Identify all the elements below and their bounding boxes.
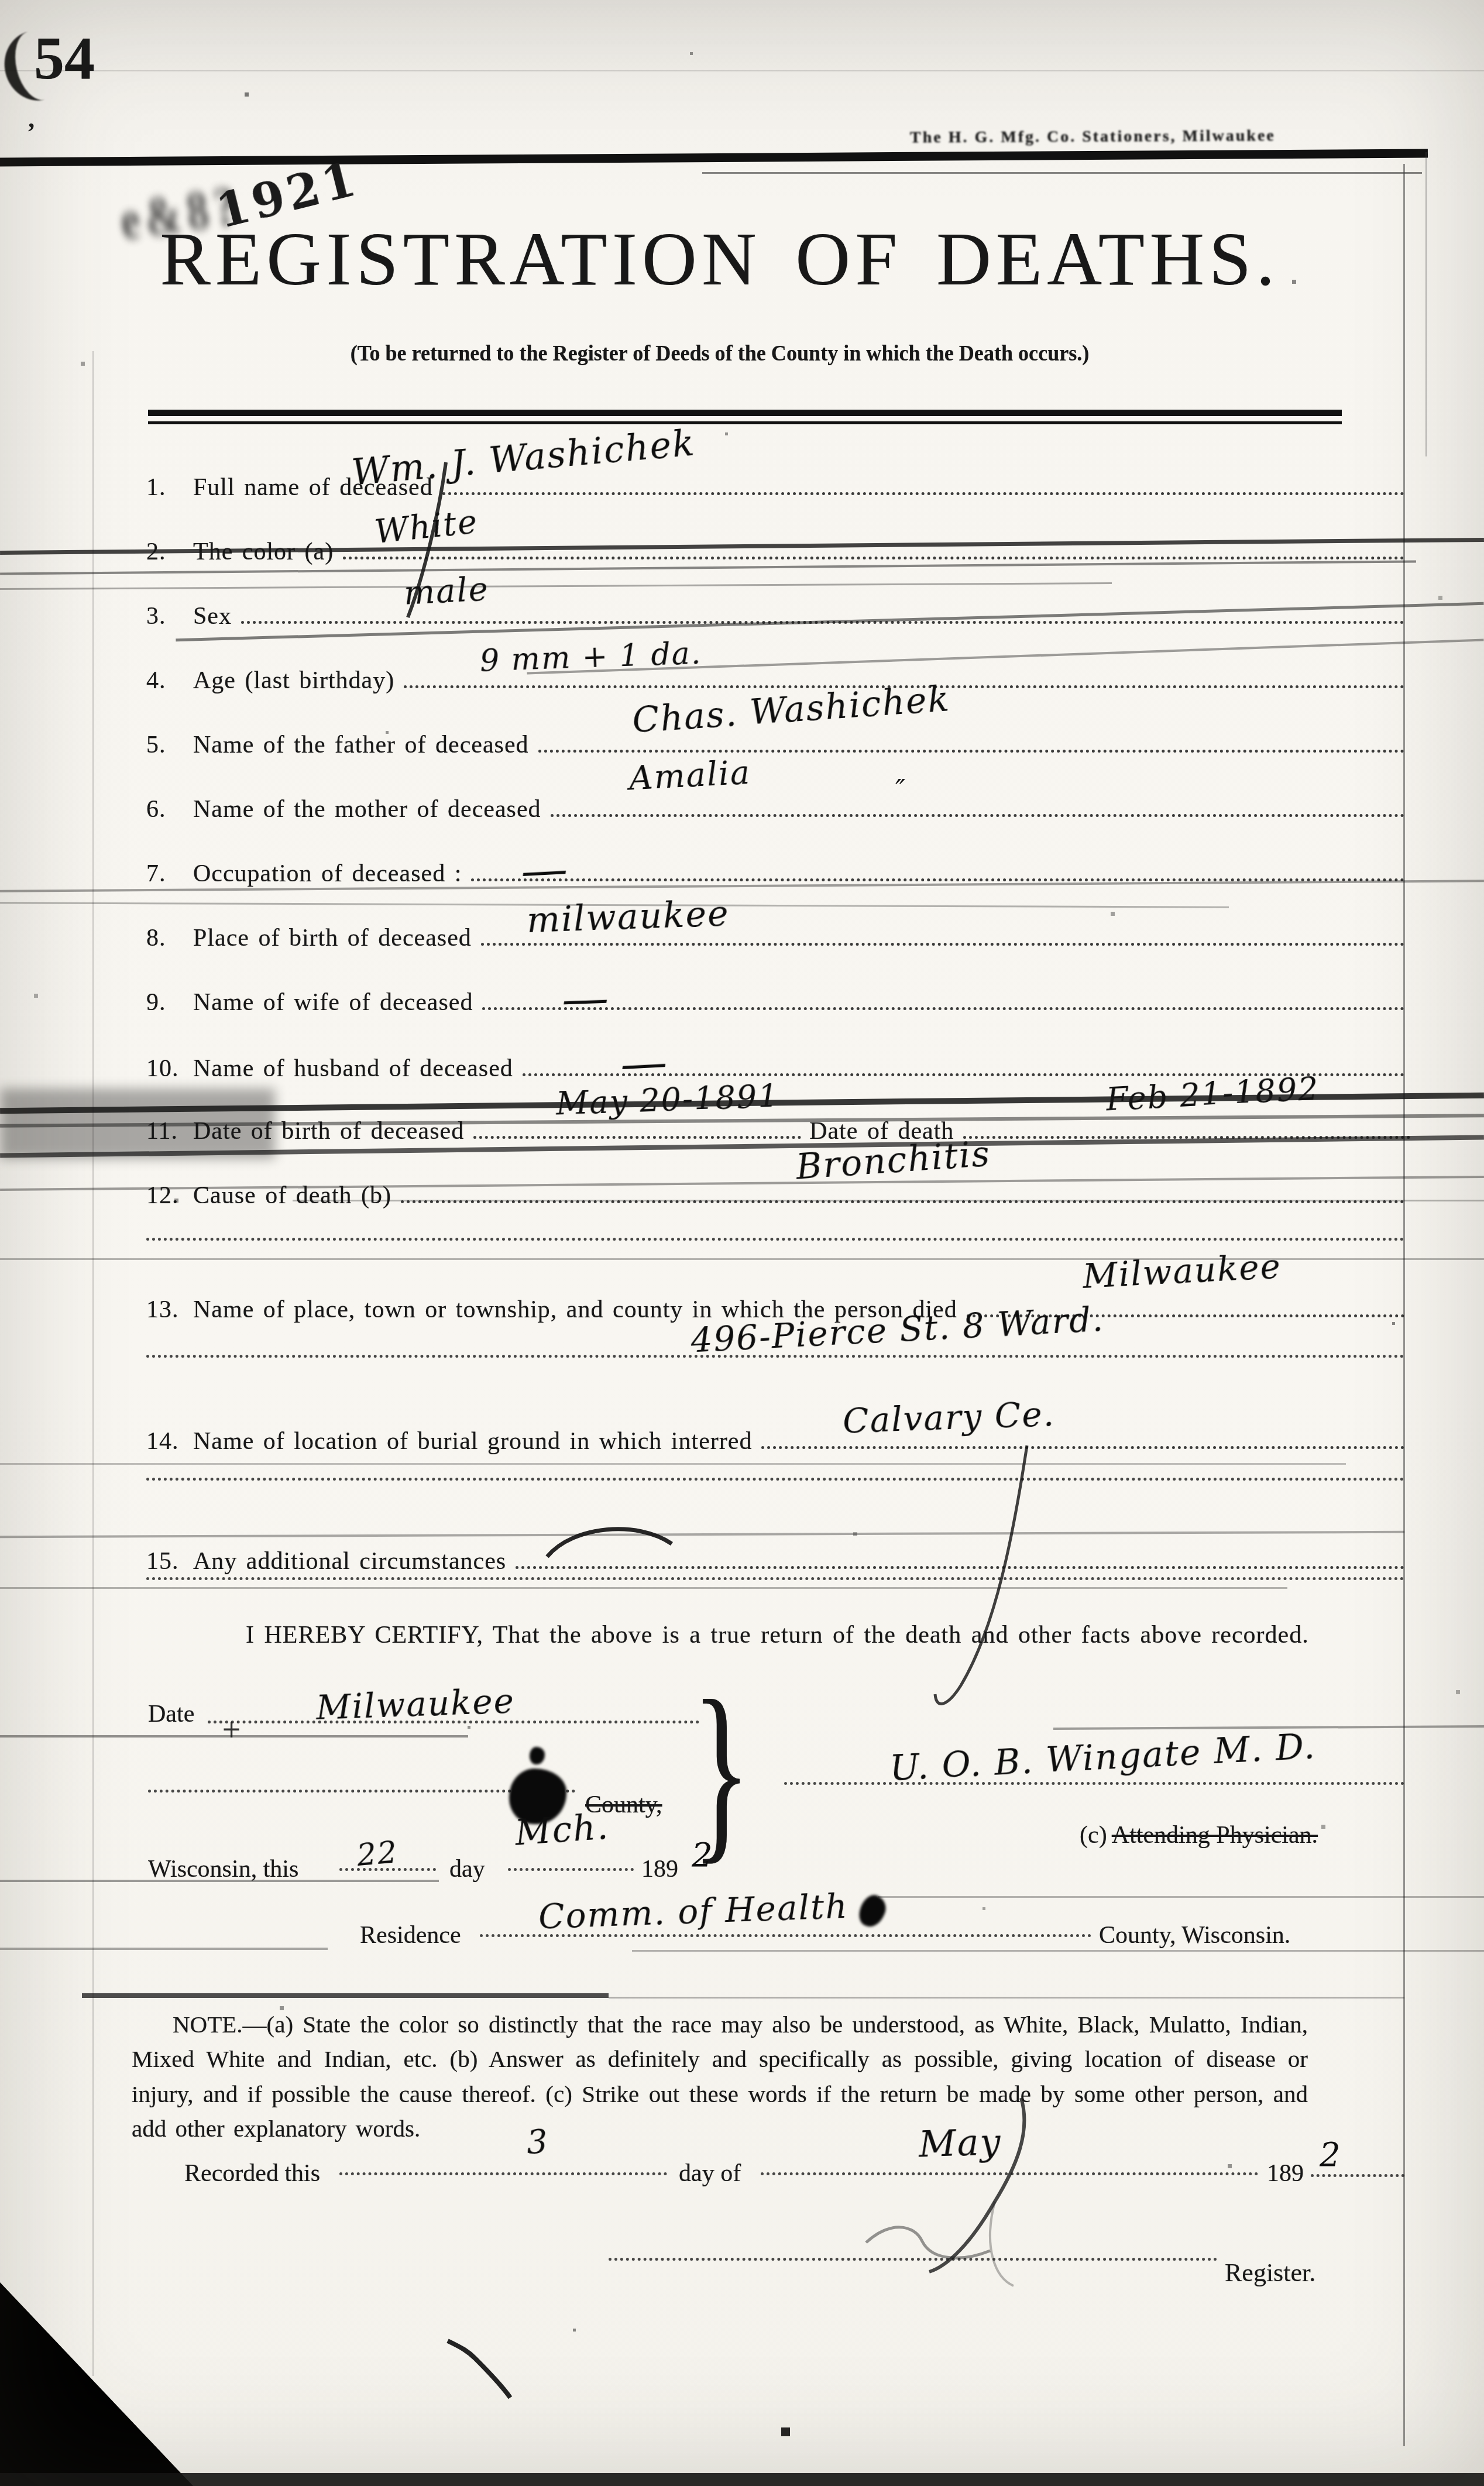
- death-registration-document: 54 ’ The H. G. Mfg. Co. Stationers, Milw…: [0, 0, 1484, 2486]
- dotted-line: [516, 1541, 1404, 1569]
- form-row: 8.Place of birth of deceased: [146, 918, 1404, 952]
- field-number: 7.: [146, 860, 193, 888]
- date-label: Date: [148, 1700, 194, 1728]
- handwritten-day: 22: [356, 1835, 400, 1873]
- vertical-rule-right-2: [1425, 152, 1427, 456]
- scan-streak: [293, 1200, 1484, 1201]
- form-row: 6.Name of the mother of deceased: [146, 789, 1404, 823]
- top-rule-shadow: [702, 172, 1422, 174]
- signature-stroke: [866, 2227, 990, 2258]
- form-row: 3.Sex: [146, 596, 1404, 630]
- dotted-line: [482, 983, 1404, 1010]
- recorded-prefix: Recorded this: [184, 2159, 320, 2188]
- field-number: 10.: [146, 1055, 193, 1083]
- state-line-prefix: Wisconsin, this: [148, 1855, 298, 1883]
- field-number: 13.: [146, 1296, 193, 1324]
- field-number: 6.: [146, 795, 193, 823]
- handwritten-day: 3: [525, 2123, 549, 2162]
- scan-streak: [878, 1896, 1484, 1898]
- certify-statement: I HEREBY CERTIFY, That the above is a tr…: [246, 1621, 1309, 1649]
- handwritten-dash: —: [561, 971, 610, 1027]
- field-number: 9.: [146, 988, 193, 1017]
- field-number: 3.: [146, 602, 193, 630]
- document-title: REGISTRATION OF DEATHS.: [0, 215, 1440, 303]
- field-label: Any additional circumstances: [193, 1547, 516, 1575]
- signature-stroke: [990, 2202, 1014, 2286]
- residence-suffix: County, Wisconsin.: [1099, 1921, 1290, 1949]
- handwritten-value: Calvary Ce.: [842, 1394, 1056, 1441]
- day-label: day: [449, 1855, 485, 1883]
- field-label: Name of location of burial ground in whi…: [193, 1427, 761, 1455]
- dotted-line: [508, 1868, 634, 1871]
- field-number: 4.: [146, 667, 193, 695]
- dotted-line: [761, 2172, 1258, 2175]
- field-label: Name of husband of deceased: [193, 1055, 523, 1083]
- bottom-edge: [0, 2473, 1484, 2486]
- scan-blotch: [0, 1089, 275, 1159]
- dotted-line: [471, 854, 1404, 881]
- double-rule-bottom: [148, 421, 1342, 424]
- year-prefix: 189: [1267, 2159, 1304, 2188]
- dotted-line: [146, 1478, 1404, 1481]
- handwritten-residence: Comm. of Health: [538, 1886, 849, 1936]
- ditto-mark: ″: [895, 774, 906, 805]
- physician-note-prefix: (c): [1080, 1822, 1112, 1849]
- field-label: Place of birth of deceased: [193, 924, 481, 952]
- field-number: 12.: [146, 1182, 193, 1210]
- dotted-line: [1311, 2174, 1404, 2177]
- scan-streak: [0, 582, 1112, 590]
- field-number: 5.: [146, 731, 193, 759]
- physician-signature: U. O. B. Wingate M. D.: [889, 1726, 1317, 1789]
- handwritten-dash: —: [520, 842, 571, 898]
- recorded-middle: day of: [679, 2159, 741, 2188]
- field-number: 15.: [146, 1547, 193, 1575]
- register-label: Register.: [1225, 2258, 1315, 2288]
- dotted-line: [146, 1238, 1404, 1241]
- physician-note-struck: Attending Physician.: [1112, 1822, 1318, 1849]
- field-label: Age (last birthday): [193, 667, 404, 695]
- handwritten-year: 2: [1320, 2136, 1342, 2174]
- field-number: 8.: [146, 924, 193, 952]
- scan-streak: [0, 1880, 439, 1882]
- vertical-rule-left: [92, 351, 94, 2376]
- scan-streak: [0, 70, 1484, 71]
- scan-streak: [0, 1948, 328, 1950]
- scan-streak: [0, 1587, 1287, 1589]
- field-label: Name of the father of deceased: [193, 731, 538, 759]
- note-paragraph: NOTE.—(a) State the color so distinctly …: [132, 2007, 1308, 2147]
- double-rule-top: [148, 410, 1342, 416]
- field-label: Name of the mother of deceased: [193, 795, 551, 823]
- form-row: 9.Name of wife of deceased: [146, 983, 1404, 1017]
- scan-specks: [0, 0, 2, 2]
- field-number: 1.: [146, 473, 193, 502]
- field-label: Sex: [193, 602, 241, 630]
- dotted-line: [784, 1782, 1404, 1785]
- scan-streak: [632, 1950, 1484, 1952]
- handwritten-month: Mch.: [514, 1806, 610, 1853]
- dotted-line: [339, 2172, 667, 2175]
- handwritten-month: May: [918, 2120, 1002, 2166]
- form-row: 15.Any additional circumstances: [146, 1541, 1404, 1575]
- form-row: 12.Cause of death (b): [146, 1176, 1404, 1210]
- document-subtitle: (To be returned to the Register of Deeds…: [36, 341, 1404, 366]
- handwritten-value: milwaukee: [526, 893, 730, 941]
- year-prefix: 189: [641, 1855, 678, 1883]
- scan-streak: [0, 1735, 468, 1738]
- field-label: Name of wife of deceased: [193, 988, 482, 1017]
- top-rule: [0, 149, 1428, 167]
- handwritten-value: Milwaukee: [1081, 1246, 1282, 1296]
- residence-label: Residence: [360, 1921, 461, 1949]
- corner-fold: [0, 2282, 193, 2486]
- printer-imprint: The H. G. Mfg. Co. Stationers, Milwaukee: [910, 126, 1276, 147]
- handwritten-value: male: [403, 570, 490, 613]
- handwritten-value: Amalia: [628, 754, 751, 798]
- form-row: 1.Full name of deceased: [146, 468, 1404, 502]
- dotted-line: [609, 2258, 1217, 2261]
- scan-streak: [609, 1997, 1404, 1999]
- ink-tick: ’: [27, 117, 36, 147]
- handwritten-value: Milwaukee: [315, 1681, 516, 1728]
- form-row: 14.Name of location of burial ground in …: [146, 1421, 1404, 1455]
- page-number: 54: [34, 23, 95, 93]
- physician-note: (c) Attending Physician.: [1080, 1821, 1318, 1849]
- scan-streak: [82, 1993, 609, 1998]
- handwritten-year: 2: [692, 1836, 714, 1874]
- scan-streak: [0, 1258, 1484, 1260]
- ink-blot: [530, 1747, 545, 1764]
- pen-mark: +: [221, 1715, 243, 1743]
- pen-check-mark: [448, 2341, 510, 2398]
- scan-streak: [0, 1531, 1404, 1538]
- field-label: Occupation of deceased :: [193, 860, 471, 888]
- field-number: 14.: [146, 1427, 193, 1455]
- scan-streak: [0, 1463, 1346, 1465]
- dotted-line: [146, 1577, 1404, 1580]
